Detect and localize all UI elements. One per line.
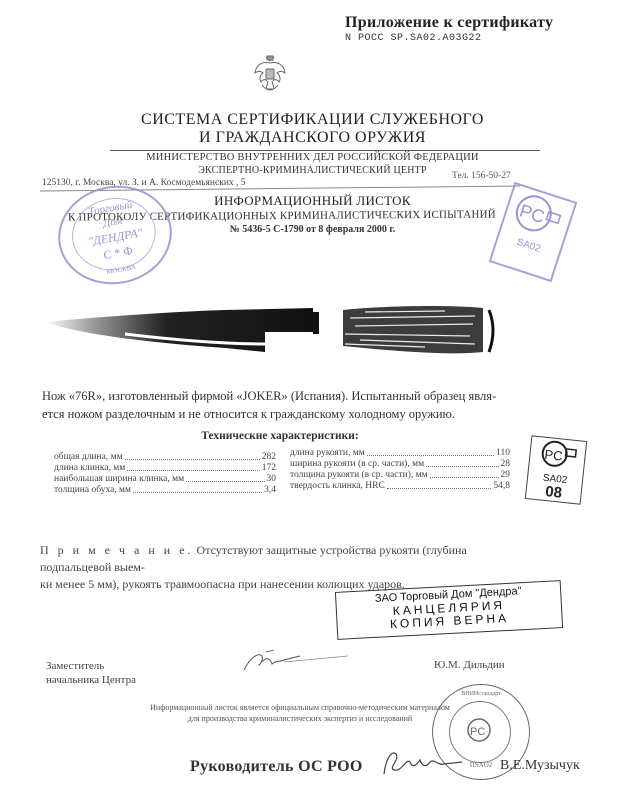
deputy-title-line2: начальника Центра: [46, 673, 136, 687]
system-title-line1: СИСТЕМА СЕРТИФИКАЦИИ СЛУЖЕБНОГО: [0, 110, 625, 130]
deputy-title: Заместитель начальника Центра: [46, 659, 136, 687]
knife-photo: [45, 300, 600, 372]
spec-label: толщина обуха, мм: [54, 485, 131, 496]
deputy-title-line1: Заместитель: [46, 659, 136, 673]
double-headed-eagle-emblem-icon: [252, 55, 288, 95]
ministry-name: МИНИСТЕРСТВО ВНУТРЕННИХ ДЕЛ РОССИЙСКОЙ Ф…: [0, 151, 625, 165]
deputy-signature: [240, 648, 350, 674]
description-line2: ется ножом разделочным и не относится к …: [42, 405, 562, 423]
svg-text:PC: PC: [470, 726, 485, 738]
spec-value: 28: [501, 459, 511, 470]
spec-value: 54,8: [493, 481, 510, 492]
note-line1: П р и м е ч а н и е. Отсутствуют защитны…: [40, 542, 540, 576]
spec-row: наибольшая ширина клинка, мм30: [54, 474, 276, 485]
spec-row: длина рукояти, мм110: [290, 448, 510, 459]
spec-value: 172: [262, 463, 276, 474]
spec-label: длина клинка, мм: [54, 463, 125, 474]
spec-value: 30: [267, 474, 277, 485]
note-prefix: П р и м е ч а н и е.: [40, 543, 194, 557]
pct-conformity-mark: PC SA02 08: [525, 435, 587, 505]
spec-row: твердость клинка, HRC54,8: [290, 481, 510, 492]
specs-left-column: общая длина, мм282 длина клинка, мм172 н…: [54, 452, 276, 496]
appendix-title: Приложение к сертификату: [345, 14, 553, 32]
head-signature: [378, 748, 468, 778]
spec-value: 282: [262, 452, 276, 463]
description-line1: Нож «76R», изготовленный фирмой «JOKER» …: [42, 387, 562, 405]
spec-label: общая длина, мм: [54, 452, 123, 463]
spec-value: 110: [496, 448, 510, 459]
head-name: В.Е.Музычук: [500, 758, 580, 774]
svg-text:PC: PC: [544, 447, 564, 464]
spec-label: ширина рукояти (в ср. части), мм: [290, 459, 424, 470]
system-title-line2: И ГРАЖДАНСКОГО ОРУЖИЯ: [0, 128, 625, 148]
stamp-org: ВНИИстандарт: [433, 691, 529, 697]
svg-text:PC: PC: [517, 200, 547, 227]
phone: Тел. 156-50-27: [452, 171, 511, 181]
certificate-number: N РОСС SP.SA02.A03G22: [345, 33, 482, 44]
pct-mark-icon: PC: [531, 437, 584, 472]
address: 125130, г. Москва, ул. З. и А. Космодемь…: [42, 178, 246, 188]
center-name: ЭКСПЕРТНО-КРИМИНАЛИСТИЧЕСКИЙ ЦЕНТР: [0, 164, 625, 178]
spec-label: наибольшая ширина клинка, мм: [54, 474, 184, 485]
spec-row: толщина рукояти (в ср. части), мм29: [290, 470, 510, 481]
spec-row: толщина обуха, мм3,4: [54, 485, 276, 496]
deputy-name: Ю.М. Дильдин: [434, 659, 505, 671]
spec-label: толщина рукояти (в ср. части), мм: [290, 470, 428, 481]
specs-title: Технические характеристики:: [0, 430, 560, 442]
spec-row: ширина рукояти (в ср. части), мм28: [290, 459, 510, 470]
pct-mark-icon: PC: [463, 715, 499, 745]
head-title: Руководитель ОС РОО: [190, 758, 363, 776]
spec-value: 29: [501, 470, 511, 481]
spec-label: длина рукояти, мм: [290, 448, 365, 459]
spec-label: твердость клинка, HRC: [290, 481, 385, 492]
spec-row: общая длина, мм282: [54, 452, 276, 463]
spec-value: 3,4: [264, 485, 276, 496]
spec-row: длина клинка, мм172: [54, 463, 276, 474]
specs-right-column: длина рукояти, мм110 ширина рукояти (в с…: [290, 448, 510, 492]
